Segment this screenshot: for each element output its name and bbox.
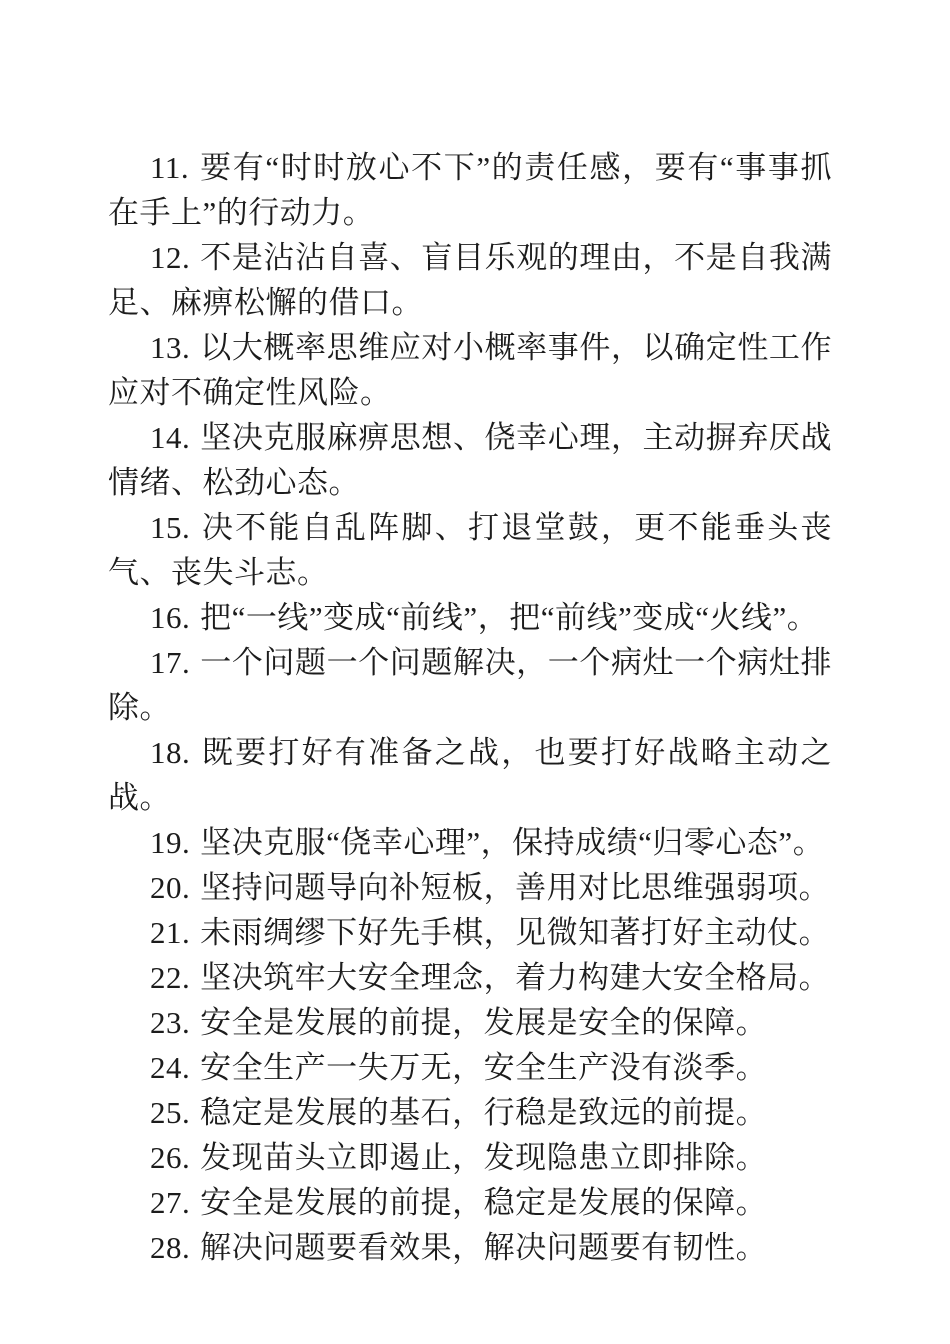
item-number: 22. bbox=[150, 960, 190, 995]
item-number: 21. bbox=[150, 915, 190, 950]
list-item-14: 14.坚决克服麻痹思想、侥幸心理，主动摒弃厌战情绪、松劲心态。 bbox=[108, 415, 832, 505]
item-text: 稳定是发展的基石，行稳是致远的前提。 bbox=[200, 1095, 767, 1130]
list-item-26: 26.发现苗头立即遏止，发现隐患立即排除。 bbox=[108, 1135, 832, 1180]
item-text: 把“一线”变成“前线”，把“前线”变成“火线”。 bbox=[200, 600, 818, 635]
item-text: 坚决克服“侥幸心理”，保持成绩“归零心态”。 bbox=[200, 825, 824, 860]
list-item-12: 12.不是沾沾自喜、盲目乐观的理由，不是自我满足、麻痹松懈的借口。 bbox=[108, 235, 832, 325]
list-item-28: 28.解决问题要看效果，解决问题要有韧性。 bbox=[108, 1225, 832, 1270]
item-number: 12. bbox=[150, 240, 190, 275]
item-number: 26. bbox=[150, 1140, 190, 1175]
item-text: 决不能自乱阵脚、打退堂鼓，更不能垂头丧气、丧失斗志。 bbox=[108, 510, 832, 590]
item-text: 安全是发展的前提，稳定是发展的保障。 bbox=[200, 1185, 767, 1220]
item-number: 24. bbox=[150, 1050, 190, 1085]
item-text: 要有“时时放心不下”的责任感，要有“事事抓在手上”的行动力。 bbox=[108, 150, 832, 230]
item-number: 20. bbox=[150, 870, 190, 905]
list-item-15: 15.决不能自乱阵脚、打退堂鼓，更不能垂头丧气、丧失斗志。 bbox=[108, 505, 832, 595]
item-text: 安全生产一失万无，安全生产没有淡季。 bbox=[200, 1050, 767, 1085]
item-text: 安全是发展的前提，发展是安全的保障。 bbox=[200, 1005, 767, 1040]
list-item-19: 19.坚决克服“侥幸心理”，保持成绩“归零心态”。 bbox=[108, 820, 832, 865]
item-number: 14. bbox=[150, 420, 190, 455]
item-text: 一个问题一个问题解决，一个病灶一个病灶排除。 bbox=[108, 645, 832, 725]
document-body: 11.要有“时时放心不下”的责任感，要有“事事抓在手上”的行动力。 12.不是沾… bbox=[108, 145, 832, 1270]
list-item-25: 25.稳定是发展的基石，行稳是致远的前提。 bbox=[108, 1090, 832, 1135]
item-number: 13. bbox=[150, 330, 190, 365]
item-number: 15. bbox=[150, 510, 190, 545]
list-item-17: 17.一个问题一个问题解决，一个病灶一个病灶排除。 bbox=[108, 640, 832, 730]
document-page: 11.要有“时时放心不下”的责任感，要有“事事抓在手上”的行动力。 12.不是沾… bbox=[0, 0, 950, 1344]
item-number: 11. bbox=[150, 150, 189, 185]
item-number: 25. bbox=[150, 1095, 190, 1130]
item-text: 未雨绸缪下好先手棋，见微知著打好主动仗。 bbox=[200, 915, 830, 950]
item-number: 27. bbox=[150, 1185, 190, 1220]
list-item-21: 21.未雨绸缪下好先手棋，见微知著打好主动仗。 bbox=[108, 910, 832, 955]
list-item-11: 11.要有“时时放心不下”的责任感，要有“事事抓在手上”的行动力。 bbox=[108, 145, 832, 235]
item-text: 坚决克服麻痹思想、侥幸心理，主动摒弃厌战情绪、松劲心态。 bbox=[108, 420, 832, 500]
item-number: 23. bbox=[150, 1005, 190, 1040]
item-text: 不是沾沾自喜、盲目乐观的理由，不是自我满足、麻痹松懈的借口。 bbox=[108, 240, 832, 320]
list-item-16: 16.把“一线”变成“前线”，把“前线”变成“火线”。 bbox=[108, 595, 832, 640]
item-text: 发现苗头立即遏止，发现隐患立即排除。 bbox=[200, 1140, 767, 1175]
item-text: 坚持问题导向补短板，善用对比思维强弱项。 bbox=[200, 870, 830, 905]
list-item-20: 20.坚持问题导向补短板，善用对比思维强弱项。 bbox=[108, 865, 832, 910]
list-item-27: 27.安全是发展的前提，稳定是发展的保障。 bbox=[108, 1180, 832, 1225]
item-number: 16. bbox=[150, 600, 190, 635]
item-number: 28. bbox=[150, 1230, 190, 1265]
item-text: 以大概率思维应对小概率事件，以确定性工作应对不确定性风险。 bbox=[108, 330, 832, 410]
list-item-22: 22.坚决筑牢大安全理念，着力构建大安全格局。 bbox=[108, 955, 832, 1000]
item-text: 坚决筑牢大安全理念，着力构建大安全格局。 bbox=[200, 960, 830, 995]
list-item-23: 23.安全是发展的前提，发展是安全的保障。 bbox=[108, 1000, 832, 1045]
item-number: 18. bbox=[150, 735, 190, 770]
list-item-13: 13.以大概率思维应对小概率事件，以确定性工作应对不确定性风险。 bbox=[108, 325, 832, 415]
item-text: 解决问题要看效果，解决问题要有韧性。 bbox=[200, 1230, 767, 1265]
item-number: 19. bbox=[150, 825, 190, 860]
list-item-18: 18.既要打好有准备之战，也要打好战略主动之战。 bbox=[108, 730, 832, 820]
item-number: 17. bbox=[150, 645, 190, 680]
item-text: 既要打好有准备之战，也要打好战略主动之战。 bbox=[108, 735, 832, 815]
list-item-24: 24.安全生产一失万无，安全生产没有淡季。 bbox=[108, 1045, 832, 1090]
